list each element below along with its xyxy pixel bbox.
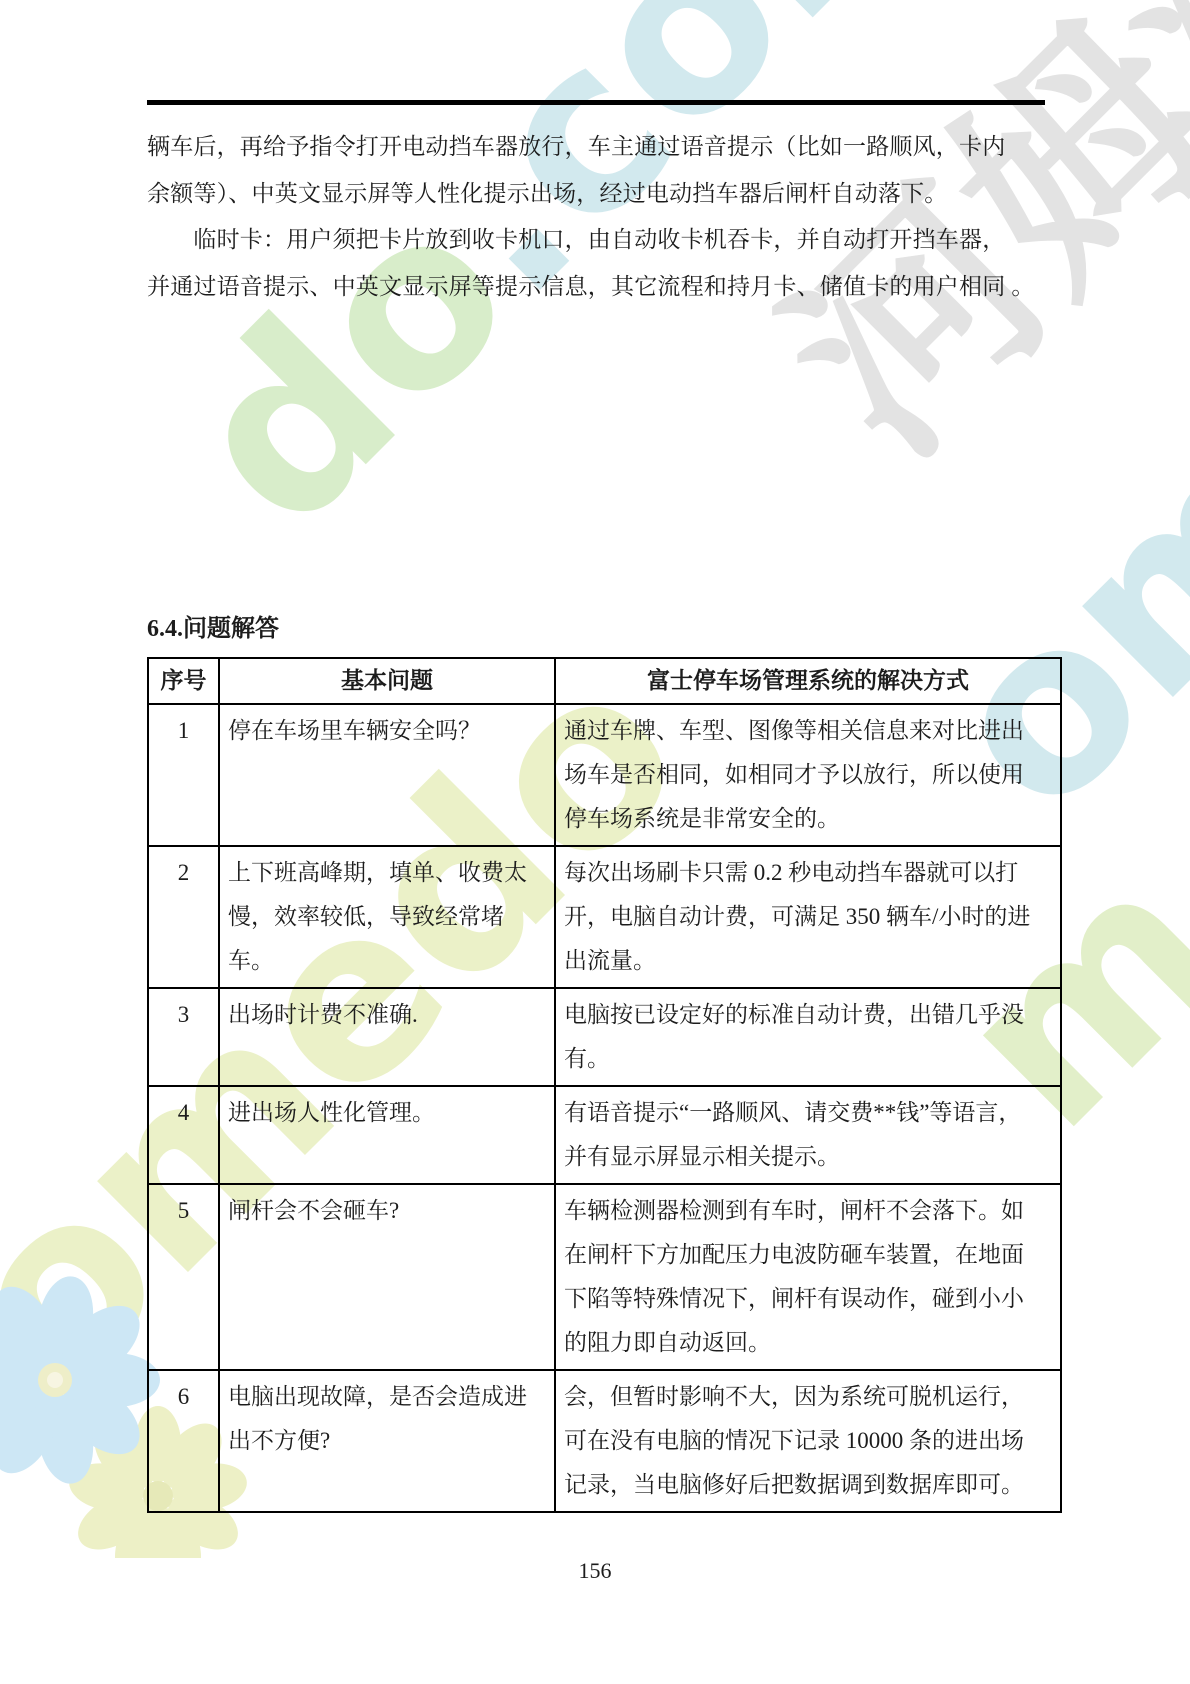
table-row: 5 闸杆会不会砸车? 车辆检测器检测到有车时，闸杆不会落下。如 在闸杆下方加配压…: [148, 1184, 1061, 1370]
header-rule: [147, 100, 1045, 105]
row-answer: 每次出场刷卡只需 0.2 秒电动挡车器就可以打 开，电脑自动计费，可满足 350…: [555, 846, 1061, 988]
table-row: 1 停在车场里车辆安全吗？ 通过车牌、车型、图像等相关信息来对比进出 场车是否相…: [148, 704, 1061, 846]
document-page: do.com 河姆渡 omedo om m: [0, 0, 1190, 1684]
section-heading: 6.4.问题解答: [147, 608, 279, 643]
col-header-solution: 富士停车场管理系统的解决方式: [555, 658, 1061, 704]
row-number: 4: [148, 1086, 219, 1184]
row-question: 停在车场里车辆安全吗？: [219, 704, 555, 846]
row-question: 电脑出现故障，是否会造成进 出不方便?: [219, 1370, 555, 1512]
row-answer: 有语音提示“一路顺风、请交费**钱”等语言， 并有显示屏显示相关提示。: [555, 1086, 1061, 1184]
col-header-number: 序号: [148, 658, 219, 704]
table-row: 4 进出场人性化管理。 有语音提示“一路顺风、请交费**钱”等语言， 并有显示屏…: [148, 1086, 1061, 1184]
row-answer: 车辆检测器检测到有车时，闸杆不会落下。如 在闸杆下方加配压力电波防砸车装置，在地…: [555, 1184, 1061, 1370]
row-number: 6: [148, 1370, 219, 1512]
table-row: 3 出场时计费不准确. 电脑按已设定好的标准自动计费，出错几乎没 有。: [148, 988, 1061, 1086]
page-content: 辆车后，再给予指令打开电动挡车器放行，车主通过语音提示（比如一路顺风，卡内 余额…: [0, 0, 1190, 1684]
qa-table-header-row: 序号 基本问题 富士停车场管理系统的解决方式: [148, 658, 1061, 704]
row-question: 上下班高峰期，填单、收费太 慢，效率较低，导致经常堵车。: [219, 846, 555, 988]
row-answer: 电脑按已设定好的标准自动计费，出错几乎没 有。: [555, 988, 1061, 1086]
row-number: 2: [148, 846, 219, 988]
row-answer: 会，但暂时影响不大，因为系统可脱机运行， 可在没有电脑的情况下记录 10000 …: [555, 1370, 1061, 1512]
body-paragraphs: 辆车后，再给予指令打开电动挡车器放行，车主通过语音提示（比如一路顺风，卡内 余额…: [147, 124, 1067, 310]
row-answer: 通过车牌、车型、图像等相关信息来对比进出 场车是否相同，如相同才予以放行，所以使…: [555, 704, 1061, 846]
row-question: 闸杆会不会砸车?: [219, 1184, 555, 1370]
row-number: 1: [148, 704, 219, 846]
row-question: 进出场人性化管理。: [219, 1086, 555, 1184]
row-number: 5: [148, 1184, 219, 1370]
row-question: 出场时计费不准确.: [219, 988, 555, 1086]
col-header-question: 基本问题: [219, 658, 555, 704]
table-row: 6 电脑出现故障，是否会造成进 出不方便? 会，但暂时影响不大，因为系统可脱机运…: [148, 1370, 1061, 1512]
table-row: 2 上下班高峰期，填单、收费太 慢，效率较低，导致经常堵车。 每次出场刷卡只需 …: [148, 846, 1061, 988]
qa-table: 序号 基本问题 富士停车场管理系统的解决方式 1 停在车场里车辆安全吗？ 通过车…: [147, 657, 1062, 1513]
row-number: 3: [148, 988, 219, 1086]
page-number: 156: [0, 1558, 1190, 1584]
